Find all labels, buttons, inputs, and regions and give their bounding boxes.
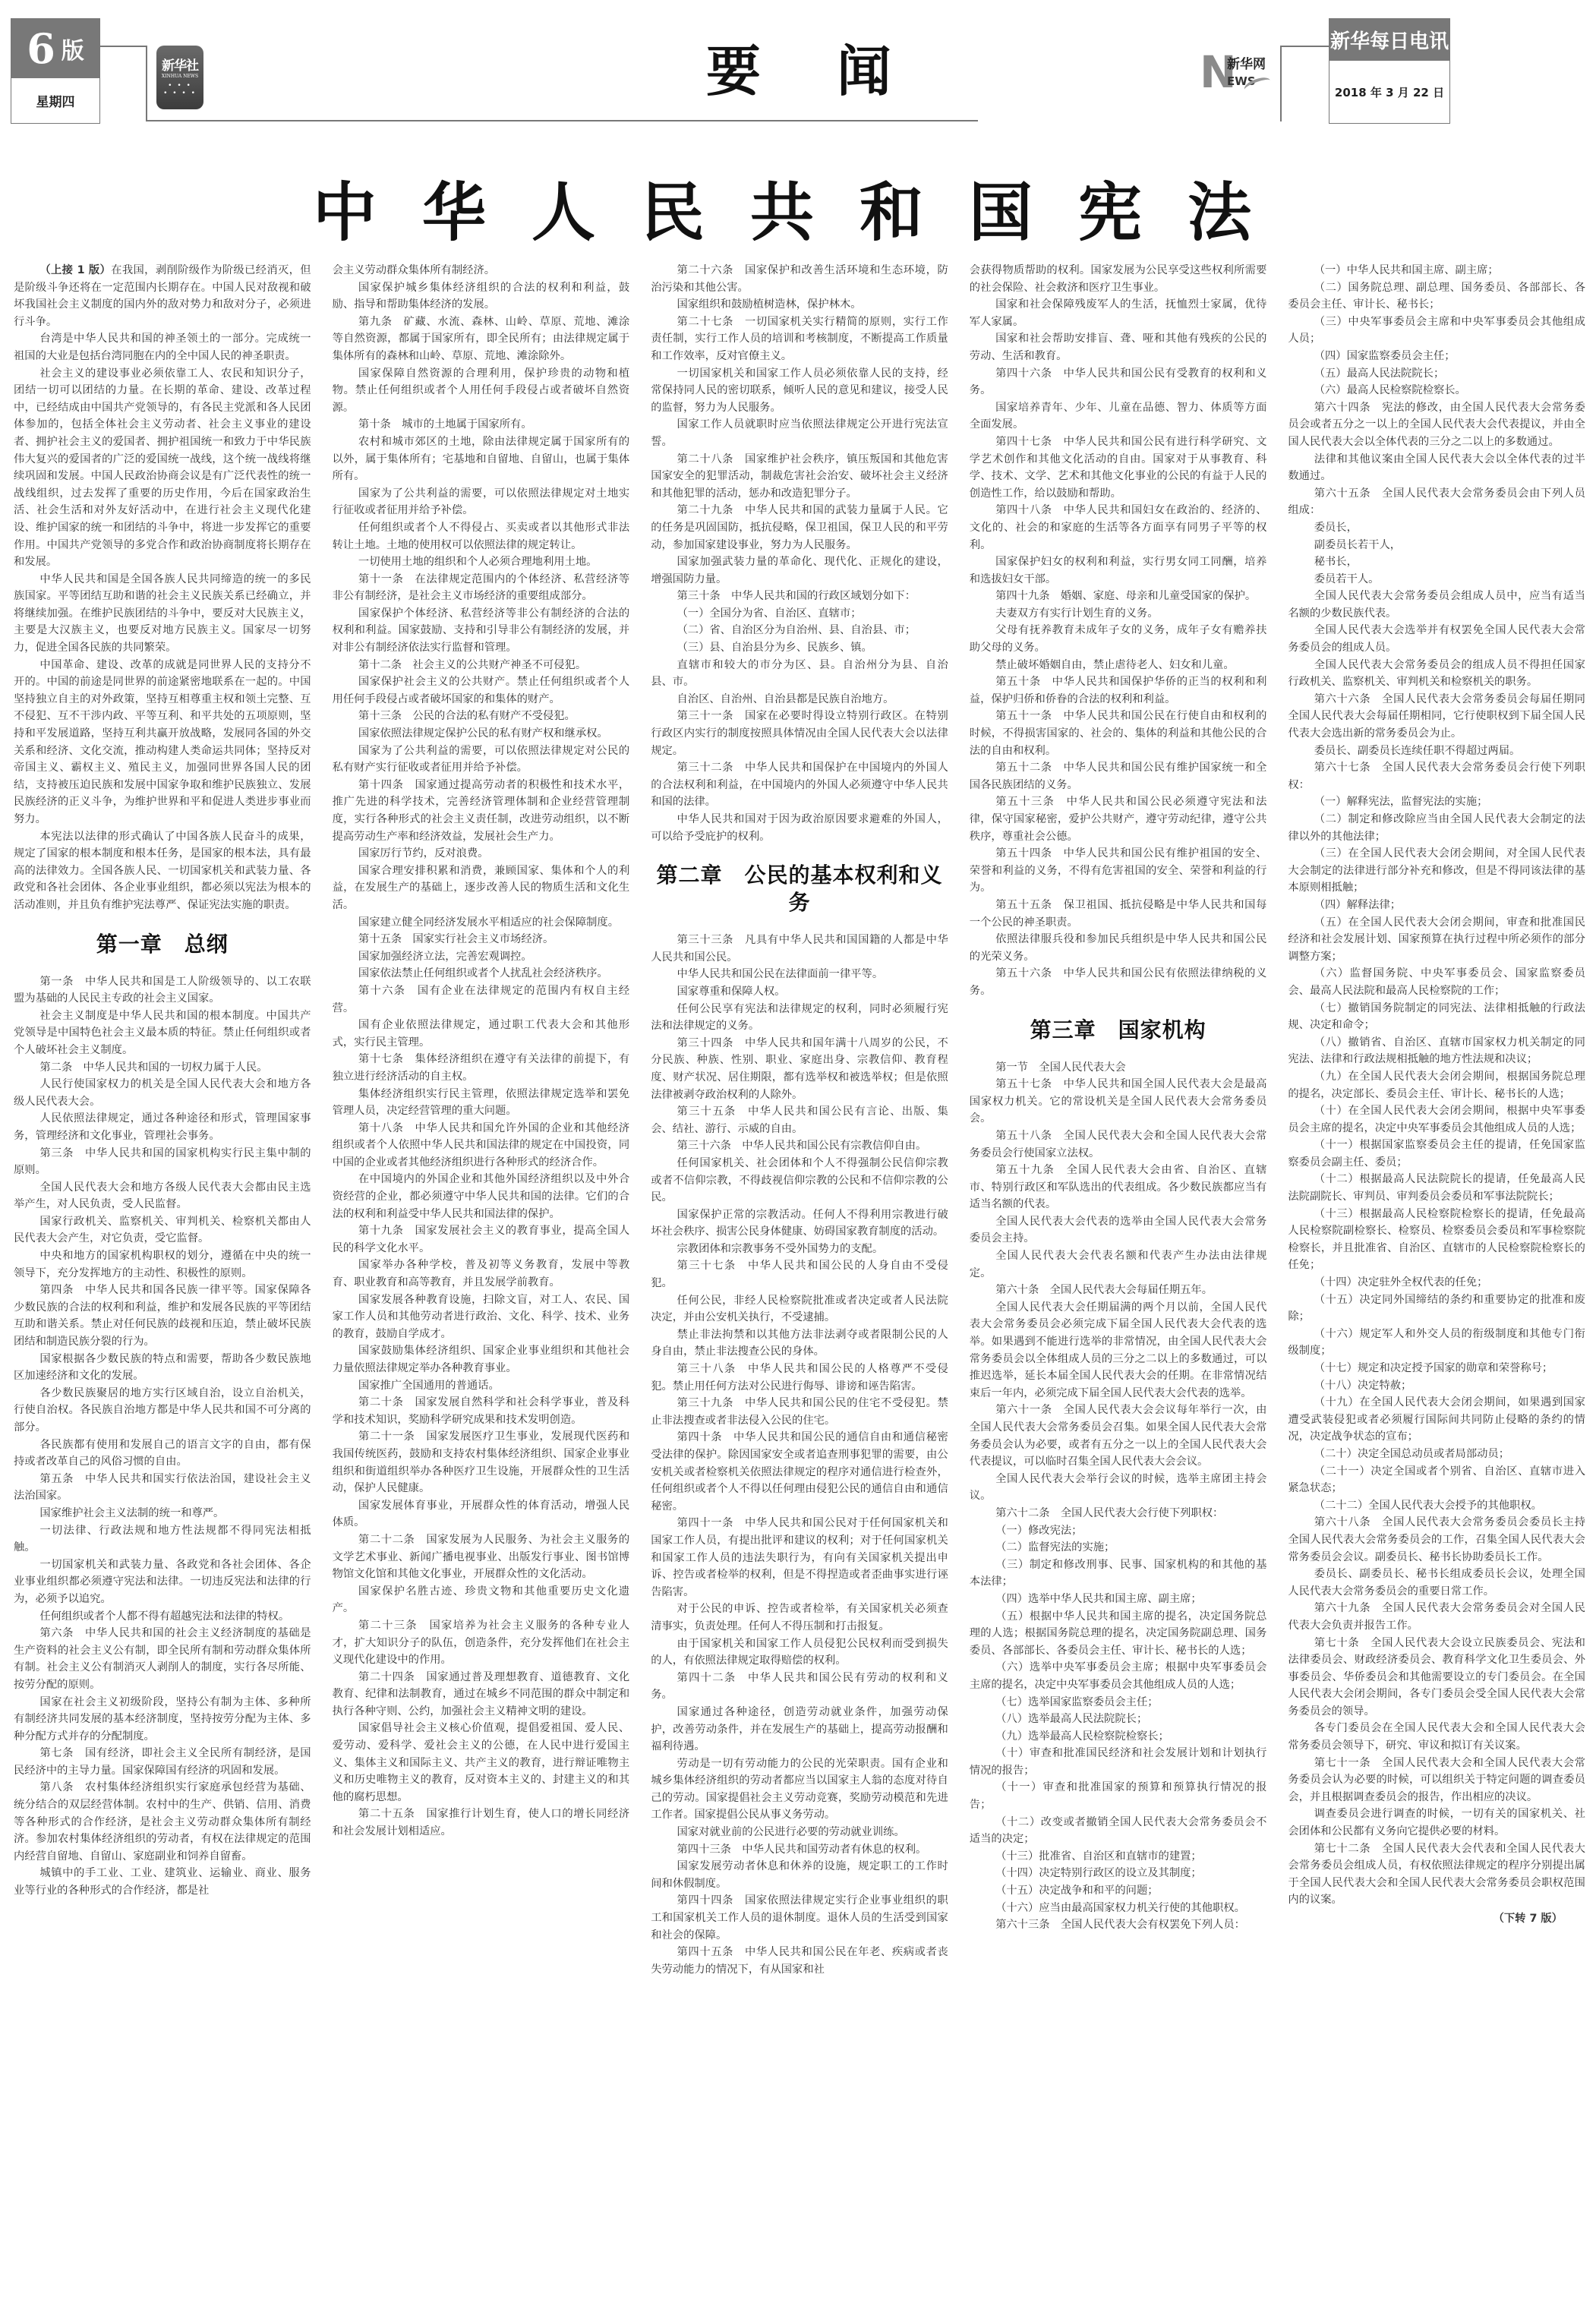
paragraph-text: 社会主义制度是中华人民共和国的根本制度。中国共产党领导是中国特色社会主义最本质的… — [14, 1010, 311, 1056]
paragraph-text: 全国人民代表大会常务委员会的组成人员不得担任国家行政机关、监察机关、审判机关和检… — [1288, 659, 1585, 689]
paragraph-text: 中央和地方的国家机构职权的划分，遵循在中央的统一领导下，充分发挥地方的主动性、积… — [14, 1250, 311, 1279]
paragraph-text: 国家保护正常的宗教活动。任何人不得利用宗教进行破坏社会秩序、损害公民身体健康、妨… — [651, 1209, 948, 1238]
paragraph-text: （一）中华人民共和国主席、副主席； — [1314, 264, 1499, 276]
article-paragraph: 委员长、副委员长连续任职不得超过两届。 — [1288, 743, 1585, 760]
paragraph-text: 第四十八条 中华人民共和国妇女在政治的、经济的、文化的、社会的和家庭的生活等各方… — [970, 504, 1267, 550]
article-paragraph: （十五）决定战争和和平的问题； — [970, 1882, 1267, 1900]
paragraph-text: 国家保障自然资源的合理利用，保护珍贵的动物和植物。禁止任何组织或者个人用任何手段… — [333, 367, 630, 414]
weekday: 星期四 — [11, 78, 99, 122]
article-paragraph: 第十八条 中华人民共和国允许外国的企业和其他经济组织或者个人依照中华人民共和国法… — [333, 1120, 630, 1172]
paragraph-text: 一切国家机关和武装力量、各政党和各社会团体、各企业事业组织都必须遵守宪法和法律。… — [14, 1559, 311, 1605]
article-paragraph: 会主义劳动群众集体所有制经济。 — [333, 262, 630, 279]
paragraph-text: 宗教团体和宗教事务不受外国势力的支配。 — [677, 1243, 884, 1255]
paragraph-text: （六）最高人民检察院检察长。 — [1314, 384, 1466, 396]
rule-divider — [1280, 46, 1329, 47]
article-paragraph: 第六十八条 全国人民代表大会常务委员会委员长主持全国人民代表大会常务委员会的工作… — [1288, 1514, 1585, 1566]
paragraph-text: 国家发展各种教育设施，扫除文盲，对工人、农民、国家工作人员和其他劳动者进行政治、… — [333, 1294, 630, 1340]
article-paragraph: （十三）批准省、自治区和直辖市的建置； — [970, 1848, 1267, 1866]
article-paragraph: （十四）决定驻外全权代表的任免； — [1288, 1274, 1585, 1292]
paragraph-text: 国家鼓励集体经济组织、国家企业事业组织和其他社会力量依照法律规定举办各种教育事业… — [333, 1345, 630, 1374]
paragraph-text: （四）解释法律； — [1314, 899, 1401, 911]
paragraph-text: （十二）根据最高人民法院院长的提请，任免最高人民法院副院长、审判员、审判委员会委… — [1288, 1173, 1585, 1203]
article-paragraph: 国家发展体育事业，开展群众性的体育活动，增强人民体质。 — [333, 1497, 630, 1531]
article-paragraph: 国家保护个体经济、私营经济等非公有制经济的合法的权利和利益。国家鼓励、支持和引导… — [333, 605, 630, 657]
article-paragraph: 国家根据各少数民族的特点和需要，帮助各少数民族地区加速经济和文化的发展。 — [14, 1351, 311, 1385]
article-paragraph: 国家建立健全同经济发展水平相适应的社会保障制度。 — [333, 914, 630, 932]
article-paragraph: 第二十七条 一切国家机关实行精简的原则，实行工作责任制，实行工作人员的培训和考核… — [651, 314, 948, 365]
paragraph-text: 第四条 中华人民共和国各民族一律平等。国家保障各少数民族的合法的权利和利益，维护… — [14, 1284, 311, 1348]
article-paragraph: 第一节 全国人民代表大会 — [970, 1059, 1267, 1077]
article-paragraph: 国家保护城乡集体经济组织的合法的权利和利益，鼓励、指导和帮助集体经济的发展。 — [333, 279, 630, 314]
paragraph-text: 第五十七条 中华人民共和国全国人民代表大会是最高国家权力机关。它的常设机关是全国… — [970, 1078, 1267, 1124]
article-paragraph: 第二十四条 国家通过普及理想教育、道德教育、文化教育、纪律和法制教育，通过在城乡… — [333, 1669, 630, 1721]
article-paragraph: 农村和城市郊区的土地，除由法律规定属于国家所有的以外，属于集体所有；宅基地和自留… — [333, 434, 630, 485]
article-paragraph: 一切使用土地的组织和个人必须合理地利用土地。 — [333, 554, 630, 571]
article-paragraph: （三）中央军事委员会主席和中央军事委员会其他组成人员； — [1288, 314, 1585, 348]
article-paragraph: 国家通过各种途径，创造劳动就业条件，加强劳动保护，改善劳动条件，并在发展生产的基… — [651, 1704, 948, 1755]
article-paragraph: 第十二条 社会主义的公共财产神圣不可侵犯。 — [333, 657, 630, 674]
paragraph-text: 第二十二条 国家发展为人民服务、为社会主义服务的文学艺术事业、新闻广播电视事业、… — [333, 1534, 630, 1580]
article-paragraph: 国家保护妇女的权利和利益，实行男女同工同酬，培养和选拔妇女干部。 — [970, 554, 1267, 588]
article-paragraph: （七）选举国家监察委员会主任； — [970, 1694, 1267, 1711]
paragraph-text: 第十六条 国有企业在法律规定的范围内有权自主经营。 — [333, 985, 630, 1014]
paragraph-text: 国家厉行节约，反对浪费。 — [358, 847, 489, 860]
article-paragraph: 各专门委员会在全国人民代表大会和全国人民代表大会常务委员会领导下，研究、审议和拟… — [1288, 1720, 1585, 1754]
paragraph-text: 委员长、副委员长连续任职不得超过两届。 — [1314, 745, 1521, 757]
paragraph-text: 第五十九条 全国人民代表大会由省、自治区、直辖市、特别行政区和军队选出的代表组成… — [970, 1164, 1267, 1210]
paragraph-text: 对于公民的申诉、控告或者检举，有关国家机关必须查清事实，负责处理。任何人不得压制… — [651, 1603, 948, 1632]
paragraph-text: 第六十二条 全国人民代表大会行使下列职权： — [995, 1507, 1223, 1519]
paragraph-text: 第一条 中华人民共和国是工人阶级领导的、以工农联盟为基础的人民民主专政的社会主义… — [14, 976, 311, 1005]
edition-label: 6 版 — [11, 19, 99, 78]
article-columns: （上接 1 版）在我国，剥削阶级作为阶级已经消灭，但是阶级斗争还将在一定范围内长… — [14, 262, 1585, 2304]
paragraph-text: 中华人民共和国是全国各族人民共同缔造的统一的多民族国家。平等团结互助和谐的社会主… — [14, 573, 311, 654]
paragraph-text: 国家加强经济立法，完善宏观调控。 — [358, 951, 532, 963]
paragraph-text: 第三十七条 中华人民共和国公民的人身自由不受侵犯。 — [651, 1260, 948, 1289]
paragraph-text: 人民行使国家权力的机关是全国人民代表大会和地方各级人民代表大会。 — [14, 1078, 311, 1108]
article-paragraph: （二十）决定全国总动员或者局部动员； — [1288, 1446, 1585, 1463]
article-paragraph: （十一）根据国家监察委员会主任的提请，任免国家监察委员会副主任、委员； — [1288, 1137, 1585, 1171]
article-paragraph: 第五十六条 中华人民共和国公民有依照法律纳税的义务。 — [970, 965, 1267, 999]
article-paragraph: 第三十五条 中华人民共和国公民有言论、出版、集会、结社、游行、示威的自由。 — [651, 1103, 948, 1137]
article-paragraph: 国家依法禁止任何组织或者个人扰乱社会经济秩序。 — [333, 965, 630, 983]
paragraph-text: 第十五条 国家实行社会主义市场经济。 — [358, 933, 554, 945]
article-paragraph: 第五十八条 全国人民代表大会和全国人民代表大会常务委员会行使国家立法权。 — [970, 1128, 1267, 1162]
paragraph-text: 父母有抚养教育未成年子女的义务，成年子女有赡养扶助父母的义务。 — [970, 624, 1267, 654]
paragraph-text: 劳动是一切有劳动能力的公民的光荣职责。国有企业和城乡集体经济组织的劳动者都应当以… — [651, 1758, 948, 1822]
paragraph-text: 第四十九条 婚姻、家庭、母亲和儿童受国家的保护。 — [995, 590, 1256, 602]
article-paragraph: 第十九条 国家发展社会主义的教育事业，提高全国人民的科学文化水平。 — [333, 1222, 630, 1257]
paragraph-text: 第五十四条 中华人民共和国公民有维护祖国的安全、荣誉和利益的义务，不得有危害祖国… — [970, 847, 1267, 894]
paragraph-text: 国家培养青年、少年、儿童在品德、智力、体质等方面全面发展。 — [970, 402, 1267, 431]
paragraph-text: 禁止非法拘禁和以其他方法非法剥夺或者限制公民的人身自由，禁止非法搜查公民的身体。 — [651, 1329, 948, 1358]
paragraph-text: 全国人民代表大会和地方各级人民代表大会都由民主选举产生，对人民负责，受人民监督。 — [14, 1181, 311, 1211]
article-paragraph: 国家保护正常的宗教活动。任何人不得利用宗教进行破坏社会秩序、损害公民身体健康、妨… — [651, 1206, 948, 1241]
paragraph-text: 自治区、自治州、自治县都是民族自治地方。 — [677, 693, 894, 705]
article-paragraph: 第六十三条 全国人民代表大会有权罢免下列人员： — [970, 1916, 1267, 1934]
article-paragraph: （二）制定和修改除应当由全国人民代表大会制定的法律以外的其他法律； — [1288, 811, 1585, 845]
article-paragraph: 集体经济组织实行民主管理，依照法律规定选举和罢免管理人员，决定经营管理的重大问题… — [333, 1086, 630, 1120]
paragraph-text: 第五条 中华人民共和国实行依法治国，建设社会主义法治国家。 — [14, 1473, 311, 1503]
article-paragraph: 国家保障自然资源的合理利用，保护珍贵的动物和植物。禁止任何组织或者个人用任何手段… — [333, 365, 630, 417]
paragraph-text: 一切法律、行政法规和地方性法规都不得同宪法相抵触。 — [14, 1525, 311, 1554]
paragraph-text: 第二十九条 中华人民共和国的武装力量属于人民。它的任务是巩固国防，抵抗侵略，保卫… — [651, 504, 948, 550]
paragraph-text: （八）选举最高人民法院院长； — [995, 1713, 1147, 1725]
article-paragraph: 委员长、副委员长、秘书长组成委员长会议，处理全国人民代表大会常务委员会的重要日常… — [1288, 1566, 1585, 1600]
paragraph-text: 第三十一条 国家在必要时得设立特别行政区。在特别行政区内实行的制度按照具体情况由… — [651, 710, 948, 756]
article-paragraph: 在中国境内的外国企业和其他外国经济组织以及中外合资经营的企业，都必须遵守中华人民… — [333, 1171, 630, 1222]
article-paragraph: 本宪法以法律的形式确认了中国各族人民奋斗的成果，规定了国家的根本制度和根本任务，… — [14, 828, 311, 914]
article-paragraph: 第五十一条 中华人民共和国公民在行使自由和权利的时候，不得损害国家的、社会的、集… — [970, 708, 1267, 759]
article-paragraph: （十八）决定特赦； — [1288, 1377, 1585, 1395]
article-paragraph: 第六十一条 全国人民代表大会会议每年举行一次，由全国人民代表大会常务委员会召集。… — [970, 1402, 1267, 1470]
article-paragraph: 第五十五条 保卫祖国、抵抗侵略是中华人民共和国每一个公民的神圣职责。 — [970, 897, 1267, 931]
paragraph-text: （四）国家监察委员会主任； — [1314, 350, 1456, 362]
paragraph-text: 集体经济组织实行民主管理，依照法律规定选举和罢免管理人员，决定经营管理的重大问题… — [333, 1088, 630, 1118]
xinhua-news-logo-icon: 新华社 XINHUA NEWS • • •• • • • — [156, 46, 203, 109]
article-paragraph: 第三十九条 中华人民共和国公民的住宅不受侵犯。禁止非法搜查或者非法侵入公民的住宅… — [651, 1395, 948, 1429]
article-paragraph: 国家厉行节约，反对浪费。 — [333, 845, 630, 863]
paragraph-text: （七）选举国家监察委员会主任； — [995, 1696, 1158, 1708]
paragraph-text: 任何组织或者个人不得侵占、买卖或者以其他形式非法转让土地。土地的使用权可以依照法… — [333, 522, 630, 551]
article-paragraph: 第四十四条 国家依照法律规定实行企业事业组织的职工和国家机关工作人员的退休制度。… — [651, 1892, 948, 1944]
paragraph-text: 国家发展体育事业，开展群众性的体育活动，增强人民体质。 — [333, 1500, 630, 1529]
article-paragraph: 中国革命、建设、改革的成就是同世界人民的支持分不开的。中国的前途是同世界的前途紧… — [14, 657, 311, 828]
xinhua-logo-en: XINHUA NEWS — [156, 74, 203, 79]
paragraph-text: 由于国家机关和国家工作人员侵犯公民权利而受到损失的人，有依照法律规定取得赔偿的权… — [651, 1638, 948, 1667]
article-paragraph: 第二十六条 国家保护和改善生活环境和生态环境，防治污染和其他公害。 — [651, 262, 948, 296]
paragraph-text: （六）选举中央军事委员会主席；根据中央军事委员会主席的提名，决定中央军事委员会其… — [970, 1661, 1267, 1691]
paragraph-text: （三）县、自治县分为乡、民族乡、镇。 — [677, 642, 872, 654]
article-paragraph: 第三十四条 中华人民共和国年满十八周岁的公民，不分民族、种族、性别、职业、家庭出… — [651, 1035, 948, 1103]
paragraph-text: 第八条 农村集体经济组织实行家庭承包经营为基础、统分结合的双层经营体制。农村中的… — [14, 1781, 311, 1862]
paragraph-text: （十四）决定驻外全权代表的任免； — [1314, 1276, 1488, 1288]
paragraph-text: （三）制定和修改刑事、民事、国家机构的和其他的基本法律； — [970, 1559, 1267, 1588]
column-4: 会获得物质帮助的权利。国家发展为公民享受这些权利所需要的社会保险、社会救济和医疗… — [970, 262, 1267, 2304]
article-paragraph: （四）解释法律； — [1288, 897, 1585, 914]
article-paragraph: 第二十条 国家发展自然科学和社会科学事业，普及科学和技术知识，奖励科学研究成果和… — [333, 1394, 630, 1428]
paragraph-text: 国家组织和鼓励植树造林，保护林木。 — [677, 298, 862, 311]
paragraph-text: 第六十条 全国人民代表大会每届任期五年。 — [995, 1284, 1213, 1296]
paragraph-text: 国家举办各种学校，普及初等义务教育，发展中等教育、职业教育和高等教育，并且发展学… — [333, 1259, 630, 1288]
article-paragraph: 父母有抚养教育未成年子女的义务，成年子女有赡养扶助父母的义务。 — [970, 622, 1267, 656]
article-paragraph: 第四十九条 婚姻、家庭、母亲和儿童受国家的保护。 — [970, 588, 1267, 605]
paragraph-text: 国家保护个体经济、私营经济等非公有制经济的合法的权利和利益。国家鼓励、支持和引导… — [333, 607, 630, 654]
article-paragraph: 第四十二条 中华人民共和国公民有劳动的权利和义务。 — [651, 1670, 948, 1704]
paragraph-text: 城镇中的手工业、工业、建筑业、运输业、商业、服务业等行业的各种形式的合作经济，都… — [14, 1867, 311, 1897]
paragraph-text: 国有企业依照法律规定，通过职工代表大会和其他形式，实行民主管理。 — [333, 1019, 630, 1049]
paragraph-text: 第二十八条 国家维护社会秩序，镇压叛国和其他危害国家安全的犯罪活动，制裁危害社会… — [651, 453, 948, 500]
article-paragraph: 委员若干人。 — [1288, 571, 1585, 588]
article-paragraph: 第四十三条 中华人民共和国劳动者有休息的权利。 — [651, 1841, 948, 1859]
article-paragraph: 第二十五条 国家推行计划生育，使人口的增长同经济和社会发展计划相适应。 — [333, 1806, 630, 1840]
continued-to-tag: （下转 7 版） — [1288, 1910, 1585, 1928]
article-paragraph: 依照法律服兵役和参加民兵组织是中华人民共和国公民的光荣义务。 — [970, 931, 1267, 965]
paragraph-text: 第六十七条 全国人民代表大会常务委员会行使下列职权： — [1288, 762, 1585, 791]
article-paragraph: 国家保护名胜古迹、珍贵文物和其他重要历史文化遗产。 — [333, 1583, 630, 1617]
article-paragraph: 中华人民共和国公民在法律面前一律平等。 — [651, 966, 948, 983]
article-paragraph: （十一）审查和批准国家的预算和预算执行情况的报告； — [970, 1779, 1267, 1813]
article-paragraph: （六）选举中央军事委员会主席；根据中央军事委员会主席的提名，决定中央军事委员会其… — [970, 1659, 1267, 1693]
paragraph-text: 第五十二条 中华人民共和国公民有维护国家统一和全国各民族团结的义务。 — [970, 762, 1267, 791]
column-3: 第二十六条 国家保护和改善生活环境和生态环境，防治污染和其他公害。国家组织和鼓励… — [651, 262, 948, 2304]
article-paragraph: 自治区、自治州、自治县都是民族自治地方。 — [651, 691, 948, 708]
paragraph-text: 第十四条 国家通过提高劳动者的积极性和技术水平，推广先进的科学技术，完善经济管理… — [333, 779, 630, 843]
paragraph-text: 全国人民代表大会选举并有权罢免全国人民代表大会常务委员会的组成人员。 — [1288, 624, 1585, 654]
article-paragraph: 第三十二条 中华人民共和国保护在中国境内的外国人的合法权利和利益，在中国境内的外… — [651, 759, 948, 811]
article-paragraph: 一切国家机关和武装力量、各政党和各社会团体、各企业事业组织都必须遵守宪法和法律。… — [14, 1557, 311, 1608]
article-paragraph: 人民行使国家权力的机关是全国人民代表大会和地方各级人民代表大会。 — [14, 1076, 311, 1110]
paragraph-text: 依照法律服兵役和参加民兵组织是中华人民共和国公民的光荣义务。 — [970, 933, 1267, 963]
article-paragraph: 任何组织或者个人不得侵占、买卖或者以其他形式非法转让土地。土地的使用权可以依照法… — [333, 519, 630, 554]
article-paragraph: （十六）应当由最高国家权力机关行使的其他职权。 — [970, 1900, 1267, 1917]
paragraph-text: （二十二）全国人民代表大会授予的其他职权。 — [1314, 1500, 1542, 1512]
paragraph-text: （一）修改宪法； — [995, 1525, 1082, 1537]
paragraph-text: 一切国家机关和国家工作人员必须依靠人民的支持，经常保持同人民的密切联系，倾听人民… — [651, 367, 948, 414]
article-paragraph: 第三十八条 中华人民共和国公民的人格尊严不受侵犯。禁止用任何方法对公民进行侮辱、… — [651, 1361, 948, 1395]
article-paragraph: （十）在全国人民代表大会闭会期间，根据中央军事委员会主席的提名，决定中央军事委员… — [1288, 1102, 1585, 1137]
article-paragraph: 副委员长若干人， — [1288, 537, 1585, 554]
paragraph-text: 第三十八条 中华人民共和国公民的人格尊严不受侵犯。禁止用任何方法对公民进行侮辱、… — [651, 1363, 948, 1393]
paragraph-text: 人民依照法律规定，通过各种途径和形式，管理国家事务，管理经济和文化事业，管理社会… — [14, 1112, 311, 1142]
article-paragraph: （九）选举最高人民检察院检察长； — [970, 1728, 1267, 1746]
paragraph-text: 委员长， — [1314, 522, 1358, 534]
paragraph-text: 第三十二条 中华人民共和国保护在中国境内的外国人的合法权利和利益，在中国境内的外… — [651, 762, 948, 808]
paragraph-text: （二）制定和修改除应当由全国人民代表大会制定的法律以外的其他法律； — [1288, 813, 1585, 843]
paragraph-text: （十）审查和批准国民经济和社会发展计划和计划执行情况的报告； — [970, 1747, 1267, 1777]
edition-number: 6 — [27, 28, 55, 69]
xinhua-logo-cn: 新华社 — [156, 55, 203, 74]
paragraph-text: 第四十七条 中华人民共和国公民有进行科学研究、文学艺术创作和其他文化活动的自由。… — [970, 436, 1267, 500]
paragraph-text: 国家倡导社会主义核心价值观，提倡爱祖国、爱人民、爱劳动、爱科学、爱社会主义的公德… — [333, 1722, 630, 1803]
paragraph-text: 国家和社会帮助安排盲、聋、哑和其他有残疾的公民的劳动、生活和教育。 — [970, 333, 1267, 362]
paragraph-text: 第六十八条 全国人民代表大会常务委员会委员长主持全国人民代表大会常务委员会的工作… — [1288, 1516, 1585, 1563]
article-paragraph: 第二十三条 国家培养为社会主义服务的各种专业人才，扩大知识分子的队伍，创造条件，… — [333, 1617, 630, 1669]
article-paragraph: 国家和社会保障残废军人的生活，抚恤烈士家属，优待军人家属。 — [970, 296, 1267, 330]
article-paragraph: 全国人民代表大会举行会议的时候，选举主席团主持会议。 — [970, 1471, 1267, 1505]
paragraph-text: 各民族都有使用和发展自己的语言文字的自由，都有保持或者改革自己的风俗习惯的自由。 — [14, 1439, 311, 1468]
article-paragraph: 国家发展各种教育设施，扫除文盲，对工人、农民、国家工作人员和其他劳动者进行政治、… — [333, 1292, 630, 1343]
paragraph-text: 第七十条 全国人民代表大会设立民族委员会、宪法和法律委员会、财政经济委员会、教育… — [1288, 1637, 1585, 1717]
paragraph-text: 第七十一条 全国人民代表大会和全国人民代表大会常务委员会认为必要的时候，可以组织… — [1288, 1757, 1585, 1803]
paragraph-text: 国家在社会主义初级阶段，坚持公有制为主体、多种所有制经济共同发展的基本经济制度，… — [14, 1696, 311, 1743]
article-paragraph: （十九）在全国人民代表大会闭会期间，如果遇到国家遭受武装侵犯或者必须履行国际间共… — [1288, 1394, 1585, 1446]
column-5: （一）中华人民共和国主席、副主席；（二）国务院总理、副总理、国务委员、各部部长、… — [1288, 262, 1585, 2304]
paragraph-text: 全国人民代表大会举行会议的时候，选举主席团主持会议。 — [970, 1473, 1267, 1503]
paragraph-text: 第二十条 国家发展自然科学和社会科学事业，普及科学和技术知识，奖励科学研究成果和… — [333, 1396, 630, 1426]
paragraph-text: 副委员长若干人， — [1314, 539, 1401, 551]
article-paragraph: 第九条 矿藏、水流、森林、山岭、草原、荒地、滩涂等自然资源，都属于国家所有，即全… — [333, 314, 630, 365]
article-paragraph: 全国人民代表大会选举并有权罢免全国人民代表大会常务委员会的组成人员。 — [1288, 622, 1585, 656]
paragraph-text: （七）撤销国务院制定的同宪法、法律相抵触的行政法规、决定和命令； — [1288, 1002, 1585, 1032]
paragraph-text: （三）中央军事委员会主席和中央军事委员会其他组成人员； — [1288, 316, 1585, 345]
article-paragraph: （一）全国分为省、自治区、直辖市； — [651, 605, 948, 623]
paragraph-text: 第二十四条 国家通过普及理想教育、道德教育、文化教育、纪律和法制教育，通过在城乡… — [333, 1671, 630, 1717]
paragraph-text: 各少数民族聚居的地方实行区域自治，设立自治机关，行使自治权。各民族自治地方都是中… — [14, 1387, 311, 1434]
article-paragraph: 第十三条 公民的合法的私有财产不受侵犯。 — [333, 708, 630, 725]
paragraph-text: （十八）决定特赦； — [1314, 1380, 1412, 1392]
article-paragraph: 国家加强经济立法，完善宏观调控。 — [333, 948, 630, 966]
paragraph-text: 国家保护名胜古迹、珍贵文物和其他重要历史文化遗产。 — [333, 1585, 630, 1615]
paragraph-text: 第三十六条 中华人民共和国公民有宗教信仰自由。 — [677, 1140, 927, 1152]
article-paragraph: 第二十九条 中华人民共和国的武装力量属于人民。它的任务是巩固国防，抵抗侵略，保卫… — [651, 502, 948, 554]
article-paragraph: 国家鼓励集体经济组织、国家企业事业组织和其他社会力量依照法律规定举办各种教育事业… — [333, 1342, 630, 1377]
article-paragraph: 第七十条 全国人民代表大会设立民族委员会、宪法和法律委员会、财政经济委员会、教育… — [1288, 1635, 1585, 1721]
article-paragraph: 第四十条 中华人民共和国公民的通信自由和通信秘密受法律的保护。除因国家安全或者追… — [651, 1429, 948, 1515]
article-paragraph: （四）国家监察委员会主任； — [1288, 348, 1585, 365]
paragraph-text: 任何公民，非经人民检察院批准或者决定或者人民法院决定，并由公安机关执行，不受逮捕… — [651, 1295, 948, 1324]
article-paragraph: 任何公民，非经人民检察院批准或者决定或者人民法院决定，并由公安机关执行，不受逮捕… — [651, 1292, 948, 1326]
paragraph-text: （十一）审查和批准国家的预算和预算执行情况的报告； — [970, 1781, 1267, 1811]
article-paragraph: 国家举办各种学校，普及初等义务教育，发展中等教育、职业教育和高等教育，并且发展学… — [333, 1257, 630, 1291]
paragraph-text: 国家保护社会主义的公共财产。禁止任何组织或者个人用任何手段侵占或者破坏国家的和集… — [333, 676, 630, 705]
paragraph-text: 第三十九条 中华人民共和国公民的住宅不受侵犯。禁止非法搜查或者非法侵入公民的住宅… — [651, 1397, 948, 1427]
article-paragraph: 第三条 中华人民共和国的国家机构实行民主集中制的原则。 — [14, 1145, 311, 1179]
paragraph-text: 秘书长， — [1314, 556, 1358, 568]
article-paragraph: 一切法律、行政法规和地方性法规都不得同宪法相抵触。 — [14, 1522, 311, 1557]
rule-divider — [146, 120, 978, 121]
article-paragraph: （五）根据中华人民共和国主席的提名，决定国务院总理的人选；根据国务院总理的提名，… — [970, 1608, 1267, 1660]
article-paragraph: 国家加强武装力量的革命化、现代化、正规化的建设，增强国防力量。 — [651, 554, 948, 588]
paragraph-text: 国家加强武装力量的革命化、现代化、正规化的建设，增强国防力量。 — [651, 556, 948, 585]
paragraph-text: 第七十二条 全国人民代表大会代表和全国人民代表大会常务委员会组成人员，有权依照法… — [1288, 1843, 1585, 1907]
paragraph-text: （九）在全国人民代表大会闭会期间，根据国务院总理的提名，决定部长、委员会主任、审… — [1288, 1071, 1585, 1100]
article-paragraph: （一）修改宪法； — [970, 1522, 1267, 1540]
paragraph-text: 第九条 矿藏、水流、森林、山岭、草原、荒地、滩涂等自然资源，都属于国家所有，即全… — [333, 316, 630, 362]
article-paragraph: 国家培养青年、少年、儿童在品德、智力、体质等方面全面发展。 — [970, 399, 1267, 434]
article-paragraph: 第一条 中华人民共和国是工人阶级领导的、以工农联盟为基础的人民民主专政的社会主义… — [14, 973, 311, 1008]
paragraph-text: 国家发展劳动者休息和休养的设施，规定职工的工作时间和休假制度。 — [651, 1860, 948, 1890]
article-paragraph: 第六十四条 宪法的修改，由全国人民代表大会常务委员会或者五分之一以上的全国人民代… — [1288, 399, 1585, 451]
paragraph-text: 第四十四条 国家依照法律规定实行企业事业组织的职工和国家机关工作人员的退休制度。… — [651, 1894, 948, 1941]
article-paragraph: （三）在全国人民代表大会闭会期间，对全国人民代表大会制定的法律进行部分补充和修改… — [1288, 845, 1585, 897]
article-paragraph: （一）解释宪法，监督宪法的实施； — [1288, 793, 1585, 811]
article-paragraph: 调查委员会进行调查的时候，一切有关的国家机关、社会团体和公民都有义务向它提供必要… — [1288, 1806, 1585, 1840]
article-paragraph: 第四十八条 中华人民共和国妇女在政治的、经济的、文化的、社会的和家庭的生活等各方… — [970, 502, 1267, 554]
article-paragraph: （十三）根据最高人民检察院检察长的提请，任免最高人民检察院副检察长、检察员、检察… — [1288, 1206, 1585, 1274]
article-paragraph: 第三十六条 中华人民共和国公民有宗教信仰自由。 — [651, 1137, 948, 1155]
paragraph-text: （十六）应当由最高国家权力机关行使的其他职权。 — [995, 1902, 1245, 1914]
paragraph-text: 国家对就业前的公民进行必要的劳动就业训练。 — [677, 1826, 905, 1838]
article-paragraph: 城镇中的手工业、工业、建筑业、运输业、商业、服务业等行业的各种形式的合作经济，都… — [14, 1865, 311, 1899]
paragraph-text: （二）国务院总理、副总理、国务委员、各部部长、各委员会主任、审计长、秘书长； — [1288, 282, 1585, 311]
article-paragraph: 第六十九条 全国人民代表大会常务委员会对全国人民代表大会负责并报告工作。 — [1288, 1600, 1585, 1634]
article-paragraph: 第十一条 在法律规定范围内的个体经济、私营经济等非公有制经济，是社会主义市场经济… — [333, 571, 630, 605]
paragraph-text: 中国革命、建设、改革的成就是同世界人民的支持分不开的。中国的前途是同世界的前途紧… — [14, 659, 311, 825]
article-paragraph: （七）撤销国务院制定的同宪法、法律相抵触的行政法规、决定和命令； — [1288, 1000, 1585, 1034]
article-paragraph: （十五）决定同外国缔结的条约和重要协定的批准和废除； — [1288, 1292, 1585, 1326]
paragraph-text: （十三）批准省、自治区和直辖市的建置； — [995, 1850, 1202, 1863]
paragraph-text: 委员长、副委员长、秘书长组成委员长会议，处理全国人民代表大会常务委员会的重要日常… — [1288, 1568, 1585, 1598]
paragraph-text: 第十条 城市的土地属于国家所有。 — [358, 418, 532, 431]
paragraph-text: （二十）决定全国总动员或者局部动员； — [1314, 1448, 1509, 1460]
article-paragraph: 中央和地方的国家机构职权的划分，遵循在中央的统一领导下，充分发挥地方的主动性、积… — [14, 1247, 311, 1282]
paragraph-text: 国家为了公共利益的需要，可以依照法律规定对土地实行征收或者征用并给予补偿。 — [333, 487, 630, 517]
paragraph-text: 第六十五条 全国人民代表大会常务委员会由下列人员组成： — [1288, 487, 1585, 517]
paragraph-text: 在中国境内的外国企业和其他外国经济组织以及中外合资经营的企业，都必须遵守中华人民… — [333, 1173, 630, 1219]
article-paragraph: 第三十三条 凡具有中华人民共和国国籍的人都是中华人民共和国公民。 — [651, 932, 948, 966]
article-paragraph: （六）监督国务院、中央军事委员会、国家监察委员会、最高人民法院和最高人民检察院的… — [1288, 965, 1585, 999]
article-paragraph: （十四）决定特别行政区的设立及其制度； — [970, 1865, 1267, 1882]
paragraph-text: 第五十三条 中华人民共和国公民必须遵守宪法和法律，保守国家秘密，爱护公共财产，遵… — [970, 796, 1267, 842]
article-paragraph: 第二十八条 国家维护社会秩序，镇压叛国和其他危害国家安全的犯罪活动，制裁危害社会… — [651, 451, 948, 503]
paragraph-text: （八）撤销省、自治区、直辖市国家权力机关制定的同宪法、法律和行政法规相抵触的地方… — [1288, 1036, 1585, 1066]
paragraph-text: 全国人民代表大会任期届满的两个月以前，全国人民代表大会常务委员会必须完成下届全国… — [970, 1301, 1267, 1399]
paragraph-text: 第二十三条 国家培养为社会主义服务的各种专业人才，扩大知识分子的队伍，创造条件，… — [333, 1620, 630, 1666]
paragraph-text: 国家合理安排积累和消费，兼顾国家、集体和个人的利益，在发展生产的基础上，逐步改善… — [333, 865, 630, 911]
paragraph-text: 第七条 国有经济，即社会主义全民所有制经济，是国民经济中的主导力量。国家保障国有… — [14, 1747, 311, 1777]
paragraph-text: 法律和其他议案由全国人民代表大会以全体代表的过半数通过。 — [1288, 453, 1585, 483]
paragraph-text: 第四十六条 中华人民共和国公民有受教育的权利和义务。 — [970, 367, 1267, 397]
paragraph-text: 第二十五条 国家推行计划生育，使人口的增长同经济和社会发展计划相适应。 — [333, 1808, 630, 1837]
paragraph-text: 社会主义的建设事业必须依靠工人、农民和知识分子，团结一切可以团结的力量。在长期的… — [14, 367, 311, 569]
paragraph-text: 第五十八条 全国人民代表大会和全国人民代表大会常务委员会行使国家立法权。 — [970, 1130, 1267, 1159]
article-paragraph: （一）中华人民共和国主席、副主席； — [1288, 262, 1585, 279]
article-paragraph: 第二条 中华人民共和国的一切权力属于人民。 — [14, 1059, 311, 1077]
masthead: 6 版 星期四 新华社 XINHUA NEWS • • •• • • • 要闻 … — [0, 0, 1596, 129]
paragraph-text: 第六十四条 宪法的修改，由全国人民代表大会常务委员会或者五分之一以上的全国人民代… — [1288, 402, 1585, 448]
paragraph-text: （二十一）决定全国或者个别省、自治区、直辖市进入紧急状态； — [1288, 1465, 1585, 1495]
paper-name: 新华每日电讯 — [1329, 19, 1449, 61]
article-paragraph: 国有企业依照法律规定，通过职工代表大会和其他形式，实行民主管理。 — [333, 1017, 630, 1051]
issue-date: 2018 年 3 月 22 日 — [1329, 61, 1449, 123]
paragraph-text: 第六十一条 全国人民代表大会会议每年举行一次，由全国人民代表大会常务委员会召集。… — [970, 1404, 1267, 1468]
article-paragraph: 第五十九条 全国人民代表大会由省、自治区、直辖市、特别行政区和军队选出的代表组成… — [970, 1162, 1267, 1213]
paragraph-text: 国家和社会保障残废军人的生活，抚恤烈士家属，优待军人家属。 — [970, 298, 1267, 328]
paragraph-text: 第五十条 中华人民共和国保护华侨的正当的权利和利益，保护归侨和侨眷的合法的权利和… — [970, 676, 1267, 705]
paragraph-text: 第六十九条 全国人民代表大会常务委员会对全国人民代表大会负责并报告工作。 — [1288, 1602, 1585, 1632]
article-paragraph: 国家为了公共利益的需要，可以依照法律规定对土地实行征收或者征用并给予补偿。 — [333, 485, 630, 519]
paragraph-text: （一）全国分为省、自治区、直辖市； — [677, 607, 862, 620]
article-paragraph: 国家为了公共利益的需要，可以依照法律规定对公民的私有财产实行征收或者征用并给予补… — [333, 743, 630, 777]
article-paragraph: 由于国家机关和国家工作人员侵犯公民权利而受到损失的人，有依照法律规定取得赔偿的权… — [651, 1635, 948, 1670]
article-paragraph: 全国人民代表大会任期届满的两个月以前，全国人民代表大会常务委员会必须完成下届全国… — [970, 1299, 1267, 1402]
column-2: 会主义劳动群众集体所有制经济。国家保护城乡集体经济组织的合法的权利和利益，鼓励、… — [333, 262, 630, 2304]
paper-name-box: 新华每日电讯 2018 年 3 月 22 日 — [1329, 18, 1450, 124]
paragraph-text: 第四十二条 中华人民共和国公民有劳动的权利和义务。 — [651, 1672, 948, 1702]
paragraph-text: 第三条 中华人民共和国的国家机构实行民主集中制的原则。 — [14, 1147, 311, 1177]
article-paragraph: 第二十一条 国家发展医疗卫生事业，发展现代医药和我国传统医药，鼓励和支持农村集体… — [333, 1428, 630, 1497]
edition-suffix: 版 — [62, 32, 84, 65]
article-paragraph: （六）最高人民检察院检察长。 — [1288, 382, 1585, 399]
article-paragraph: 第三十条 中华人民共和国的行政区域划分如下： — [651, 588, 948, 605]
paragraph-text: 第一节 全国人民代表大会 — [995, 1061, 1126, 1074]
section-title: 要闻 — [706, 27, 967, 106]
paragraph-text: 国家维护社会主义法制的统一和尊严。 — [39, 1507, 224, 1519]
paragraph-text: 第六十三条 全国人民代表大会有权罢免下列人员： — [995, 1919, 1245, 1931]
article-paragraph: 第七条 国有经济，即社会主义全民所有制经济，是国民经济中的主导力量。国家保障国有… — [14, 1745, 311, 1779]
headline: 中华人民共和国宪法 — [289, 181, 1321, 244]
paragraph-text: 第十七条 集体经济组织在遵守有关法律的前提下，有独立进行经济活动的自主权。 — [333, 1053, 630, 1083]
paragraph-text: 第二十六条 国家保护和改善生活环境和生态环境，防治污染和其他公害。 — [651, 264, 948, 294]
article-paragraph: 宗教团体和宗教事务不受外国势力的支配。 — [651, 1241, 948, 1258]
article-paragraph: （十六）规定军人和外交人员的衔级制度和其他专门衔级制度； — [1288, 1326, 1585, 1360]
paragraph-text: 第四十五条 中华人民共和国公民在年老、疾病或者丧失劳动能力的情况下，有从国家和社 — [651, 1946, 948, 1976]
article-paragraph: 第二十二条 国家发展为人民服务、为社会主义服务的文学艺术事业、新闻广播电视事业、… — [333, 1531, 630, 1583]
article-paragraph: 国家保护社会主义的公共财产。禁止任何组织或者个人用任何手段侵占或者破坏国家的和集… — [333, 673, 630, 708]
paragraph-text: 国家保护城乡集体经济组织的合法的权利和利益，鼓励、指导和帮助集体经济的发展。 — [333, 282, 630, 311]
article-paragraph: 第七十二条 全国人民代表大会代表和全国人民代表大会常务委员会组成人员，有权依照法… — [1288, 1840, 1585, 1909]
paragraph-text: 第五十一条 中华人民共和国公民在行使自由和权利的时候，不得损害国家的、社会的、集… — [970, 710, 1267, 756]
paragraph-text: 第四十条 中华人民共和国公民的通信自由和通信秘密受法律的保护。除因国家安全或者追… — [651, 1431, 948, 1512]
article-paragraph: 任何国家机关、社会团体和个人不得强制公民信仰宗教或者不信仰宗教，不得歧视信仰宗教… — [651, 1155, 948, 1206]
paragraph-text: 夫妻双方有实行计划生育的义务。 — [995, 607, 1158, 620]
paragraph-text: 中华人民共和国公民在法律面前一律平等。 — [677, 968, 884, 980]
article-paragraph: 第六十六条 全国人民代表大会常务委员会每届任期同全国人民代表大会每届任期相同，它… — [1288, 691, 1585, 743]
article-paragraph: 全国人民代表大会代表名额和代表产生办法由法律规定。 — [970, 1247, 1267, 1282]
continued-from-tag: （上接 1 版） — [39, 264, 111, 276]
paragraph-text: （十七）规定和决定授予国家的勋章和荣誉称号； — [1314, 1362, 1553, 1374]
